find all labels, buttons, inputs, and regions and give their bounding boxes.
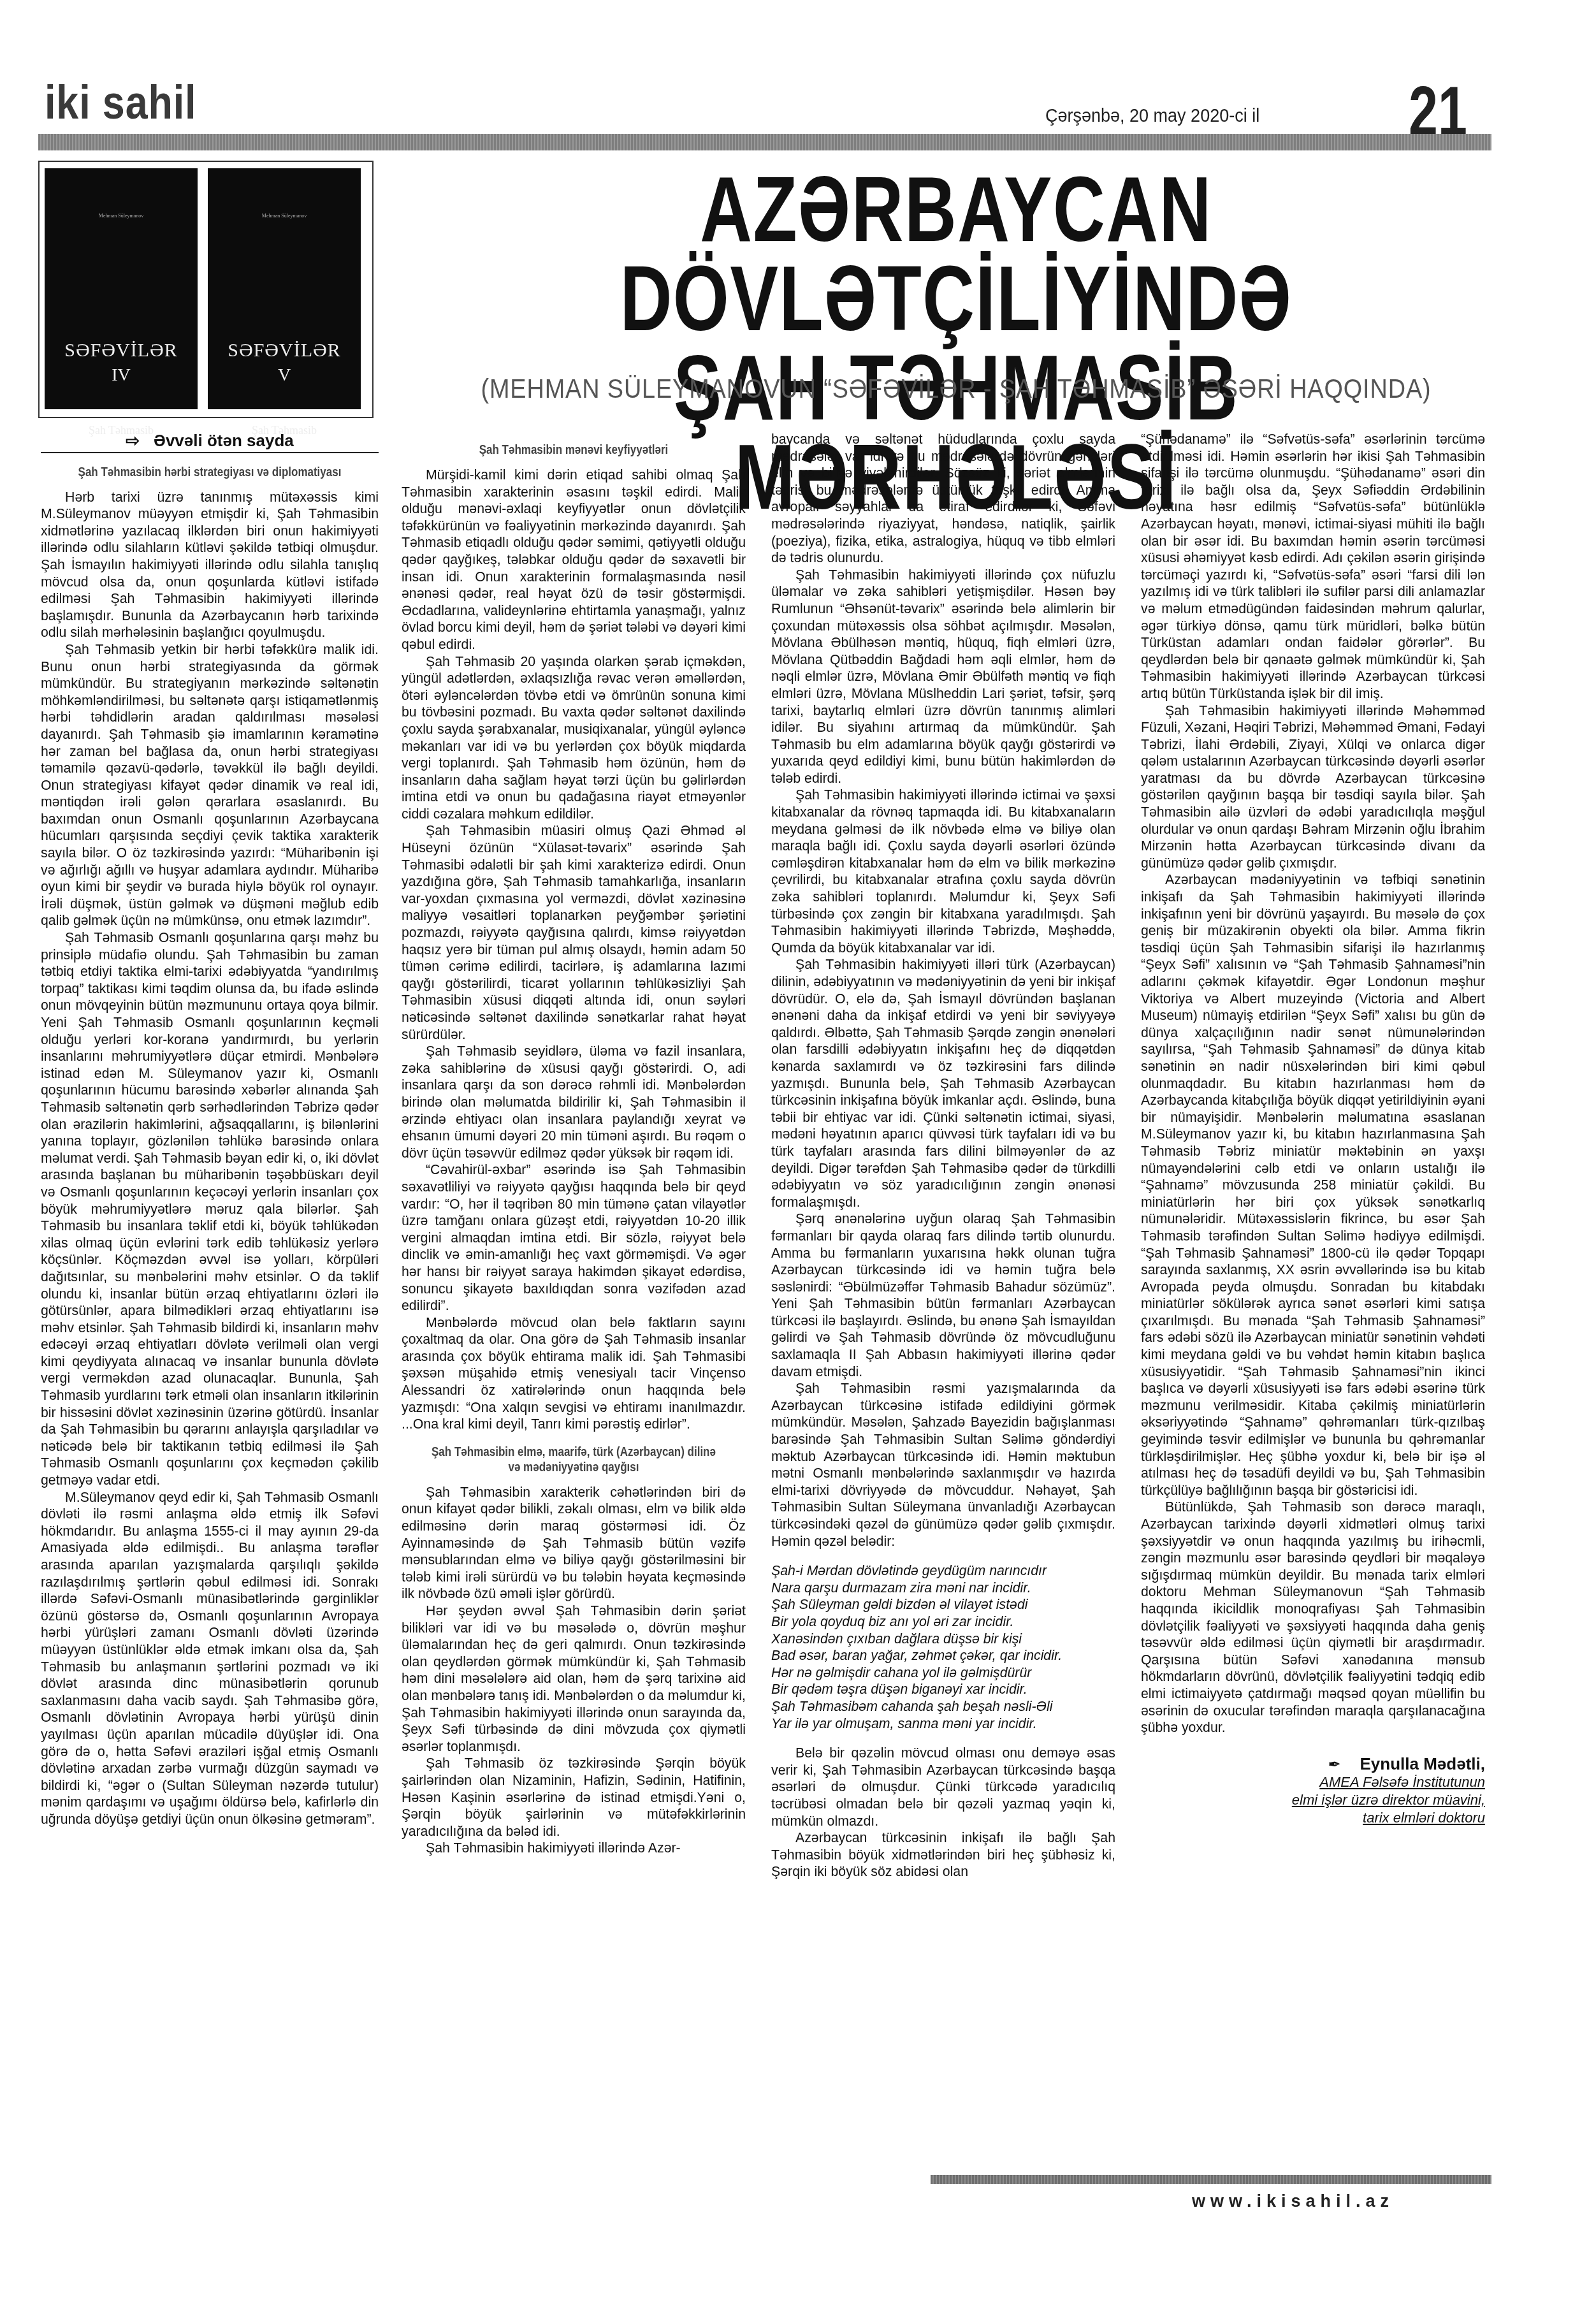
paragraph: Şah Təhmasibin hakimiyyəti illərində çox…: [771, 567, 1115, 787]
poem-line: Nara qarşu durmazam zira məni nar incidi…: [771, 1580, 1115, 1597]
paragraph: “Cəvahirül-əxbar” əsərində isə Şah Təhma…: [402, 1161, 746, 1314]
cover-series: SƏFƏVİLƏR: [208, 340, 361, 361]
poem-line: Bad əsər, baran yağar, zəhmət çəkər, qar…: [771, 1647, 1115, 1664]
cover-author: Mehman Süleymanov: [208, 213, 361, 219]
top-divider-bar: [38, 134, 1491, 150]
paragraph: Belə bir qəzəlin mövcud olması onu deməy…: [771, 1745, 1115, 1829]
author-signature: ✒Eynulla Mədətli, AMEA Fəlsəfə İnstitutu…: [1141, 1756, 1485, 1828]
paragraph: baycanda və səltənət hüdudlarında çoxlu …: [771, 431, 1115, 567]
column-4: “Şühədanamə” ilə “Səfvətüs-səfa” əsərlər…: [1141, 431, 1485, 1827]
poem-line: Şah-i Mərdan dövlətində geydügüm narıncı…: [771, 1562, 1115, 1580]
paragraph: “Şühədanamə” ilə “Səfvətüs-səfa” əsərlər…: [1141, 431, 1485, 702]
paragraph: M.Süleymanov qeyd edir ki, Şah Təhmasib …: [41, 1489, 379, 1828]
paragraph: Şərq ənənələrinə uyğun olaraq Şah Təhmas…: [771, 1211, 1115, 1380]
poem-line: Hər nə gəlmişdir cahana yol ilə gəlmişdü…: [771, 1664, 1115, 1682]
paragraph: Hərb tarixi üzrə tanınmış mütəxəssis kim…: [41, 489, 379, 641]
paragraph: Mürşidi-kamil kimi dərin etiqad sahibi o…: [402, 467, 746, 653]
section-subheading: Şah Təhmasibin elmə, maarifə, türk (Azər…: [428, 1444, 720, 1475]
column-3: baycanda və səltənət hüdudlarında çoxlu …: [771, 431, 1115, 1880]
paragraph: Şah Təhmasib öz təzkirəsində Şərqin böyü…: [402, 1755, 746, 1840]
paragraph: Şah Təhmasibin hakimiyyəti illərində ict…: [771, 787, 1115, 956]
book-cover-volume-5: Mehman Süleymanov SƏFƏVİLƏR V Şah Təhmas…: [208, 168, 361, 409]
author-role: tarix elmləri doktoru: [1141, 1809, 1485, 1827]
paragraph: Şah Təhmasibin hakimiyyəti illəri türk (…: [771, 956, 1115, 1211]
author-name: Eynulla Mədətli,: [1360, 1754, 1486, 1773]
author-role: elmi işlər üzrə direktor müavini,: [1141, 1791, 1485, 1809]
poem-line: Şah Təhmasibəm cahanda şah beşah nəsli-Ə…: [771, 1698, 1115, 1715]
cover-volume: IV: [45, 365, 198, 386]
pen-icon: ✒: [1328, 1756, 1340, 1773]
poem-line: Bir qədəm təşra düşən biganəyi xar incid…: [771, 1681, 1115, 1698]
continued-from-previous: ⇨Əvvəli ötən sayda: [41, 432, 379, 453]
masthead-date: Çərşənbə, 20 may 2020-ci il: [1045, 105, 1259, 127]
paragraph: Hər şeydən əvvəl Şah Təhmasibin dərin şə…: [402, 1603, 746, 1755]
paragraph: Şah Təhmasibin hakimiyyəti illərində Azə…: [402, 1840, 746, 1857]
paragraph: Şah Təhmasib seyidlərə, üləma və fazil i…: [402, 1043, 746, 1161]
paragraph: Şah Təhmasib 20 yaşında olarkən şərab iç…: [402, 653, 746, 823]
paragraph: Şah Təhmasibin müasiri olmuş Qazi Əhməd …: [402, 822, 746, 1043]
column-2: Şah Təhmasibin mənəvi keyfiyyətləri Mürş…: [402, 440, 746, 1857]
poem-ghazal: Şah-i Mərdan dövlətində geydügüm narıncı…: [771, 1562, 1115, 1732]
book-cover-volume-4: Mehman Süleymanov SƏFƏVİLƏR IV Şah Təhma…: [45, 168, 198, 409]
book-covers-image: Mehman Süleymanov SƏFƏVİLƏR IV Şah Təhma…: [38, 161, 374, 418]
article-subtitle: (MEHMAN SÜLEYMANOVUN “SƏFƏVİLƏR - ŞAH TƏ…: [474, 374, 1438, 404]
bottom-divider-bar: [931, 2175, 1491, 2184]
paragraph: Şah Təhmasibin hakimiyyəti illərində Məh…: [1141, 702, 1485, 872]
arrow-right-icon: ⇨: [126, 431, 140, 450]
cover-author: Mehman Süleymanov: [45, 213, 198, 219]
paragraph: Azərbaycan mədəniyyətinin və təfbiqi sən…: [1141, 871, 1485, 1499]
paragraph: Şah Təhmasibin rəsmi yazışmalarında da A…: [771, 1380, 1115, 1550]
paragraph: Şah Təhmasibin xarakterik cəhətlərindən …: [402, 1484, 746, 1603]
poem-line: Bir yola qoyduq biz anı yol əri zar inci…: [771, 1613, 1115, 1631]
author-role: AMEA Fəlsəfə İnstitutunun: [1141, 1773, 1485, 1791]
website-url: www.ikisahil.az: [1192, 2192, 1394, 2211]
paragraph: Azərbaycan türkcəsinin inkişafı ilə bağl…: [771, 1829, 1115, 1880]
paragraph: Mənbələrdə mövcud olan belə faktların sa…: [402, 1314, 746, 1433]
poem-line: Şah Süleyman gəldi bizdən əl vilayət ist…: [771, 1596, 1115, 1613]
poem-line: Xanəsindən çıxıban dağlara düşsə bir kiş…: [771, 1631, 1115, 1648]
poem-line: Yar ilə yar olmuşam, sanma məni yar inci…: [771, 1715, 1115, 1733]
paragraph: Şah Təhmasib yetkin bir hərbi təfəkkürə …: [41, 641, 379, 929]
cover-volume: V: [208, 365, 361, 386]
section-subheading: Şah Təhmasibin hərbi strategiyası və dip…: [66, 465, 354, 480]
headline-line-1: AZƏRBAYCAN DÖVLƏTÇİLİYİNDƏ: [539, 164, 1374, 343]
section-subheading: Şah Təhmasibin mənəvi keyfiyyətləri: [428, 442, 720, 458]
cover-series: SƏFƏVİLƏR: [45, 340, 198, 361]
paragraph: Şah Təhmasib Osmanlı qoşunlarına qarşı m…: [41, 929, 379, 1489]
paragraph: Bütünlükdə, Şah Təhmasib son dərəcə mara…: [1141, 1499, 1485, 1736]
column-1: ⇨Əvvəli ötən sayda Şah Təhmasibin hərbi …: [41, 432, 379, 1828]
masthead-name: iki sahil: [45, 75, 196, 129]
